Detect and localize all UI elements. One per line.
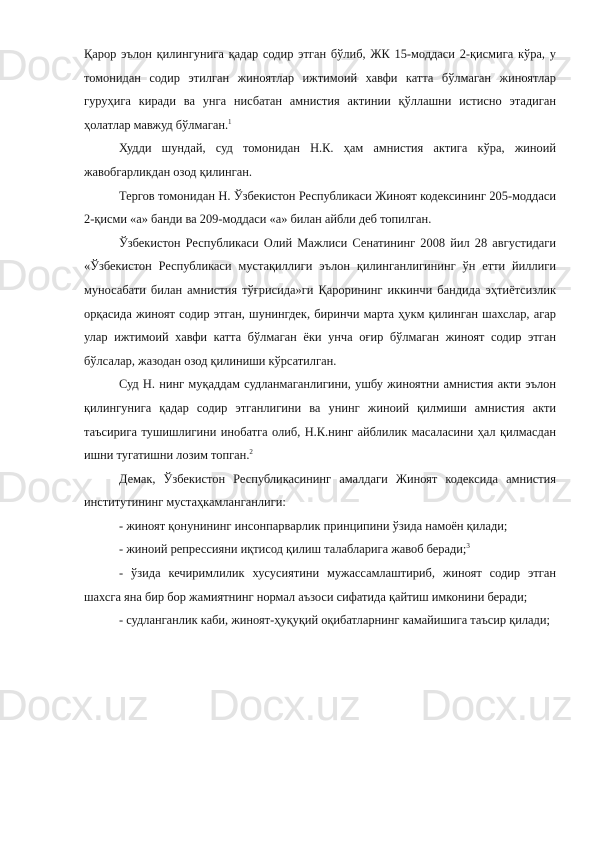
paragraph-text: Демак, Ўзбекистон Республикасининг амалд…	[84, 472, 556, 510]
paragraph-text: Тергов томонидан Н. Ўзбекистон Республик…	[84, 189, 556, 227]
paragraph: Ўзбекистон Республикаси Олий Мажлиси Сен…	[84, 232, 556, 374]
list-item-text: - жиноят қонунининг инсонпарварлик принц…	[119, 519, 507, 533]
watermark: Docx.uz	[208, 684, 360, 728]
document-body: Қарор эълон қилингунига қадар содир этга…	[84, 43, 556, 633]
paragraph: Худди шундай, суд томонидан Н.К. ҳам амн…	[84, 137, 556, 184]
paragraph-text: Худди шундай, суд томонидан Н.К. ҳам амн…	[84, 141, 556, 179]
paragraph: Суд Н. нинг муқаддам судланмаганлигини, …	[84, 373, 556, 467]
paragraph-text: Қарор эълон қилингунига қадар содир этга…	[84, 47, 556, 132]
list-item-text: - судланганлик каби, жиноят-ҳуқуқий оқиб…	[119, 613, 550, 627]
watermark: Docx.uz	[420, 684, 572, 728]
list-item-text: - жиноий репрессияни иқтисод қилиш талаб…	[119, 542, 466, 556]
paragraph: Тергов томонидан Н. Ўзбекистон Республик…	[84, 185, 556, 232]
document-page: Docx.uz Docx.uz Docx.uz Docx.uz Docx.uz …	[0, 0, 595, 842]
paragraph-text: Суд Н. нинг муқаддам судланмаганлигини, …	[84, 377, 556, 462]
footnote-marker[interactable]: 2	[249, 448, 253, 456]
footnote-marker[interactable]: 3	[466, 542, 470, 550]
list-item-text: - ўзида кечиримлилик хусусиятини мужасса…	[84, 566, 556, 604]
list-item: - жиноят қонунининг инсонпарварлик принц…	[84, 515, 556, 539]
paragraph: Қарор эълон қилингунига қадар содир этга…	[84, 43, 556, 137]
list-item: - жиноий репрессияни иқтисод қилиш талаб…	[84, 538, 556, 562]
watermark: Docx.uz	[0, 684, 148, 728]
paragraph: Демак, Ўзбекистон Республикасининг амалд…	[84, 468, 556, 515]
list-item: - судланганлик каби, жиноят-ҳуқуқий оқиб…	[84, 609, 556, 633]
footnote-marker[interactable]: 1	[228, 118, 232, 126]
paragraph-text: Ўзбекистон Республикаси Олий Мажлиси Сен…	[84, 236, 556, 368]
list-item: - ўзида кечиримлилик хусусиятини мужасса…	[84, 562, 556, 609]
